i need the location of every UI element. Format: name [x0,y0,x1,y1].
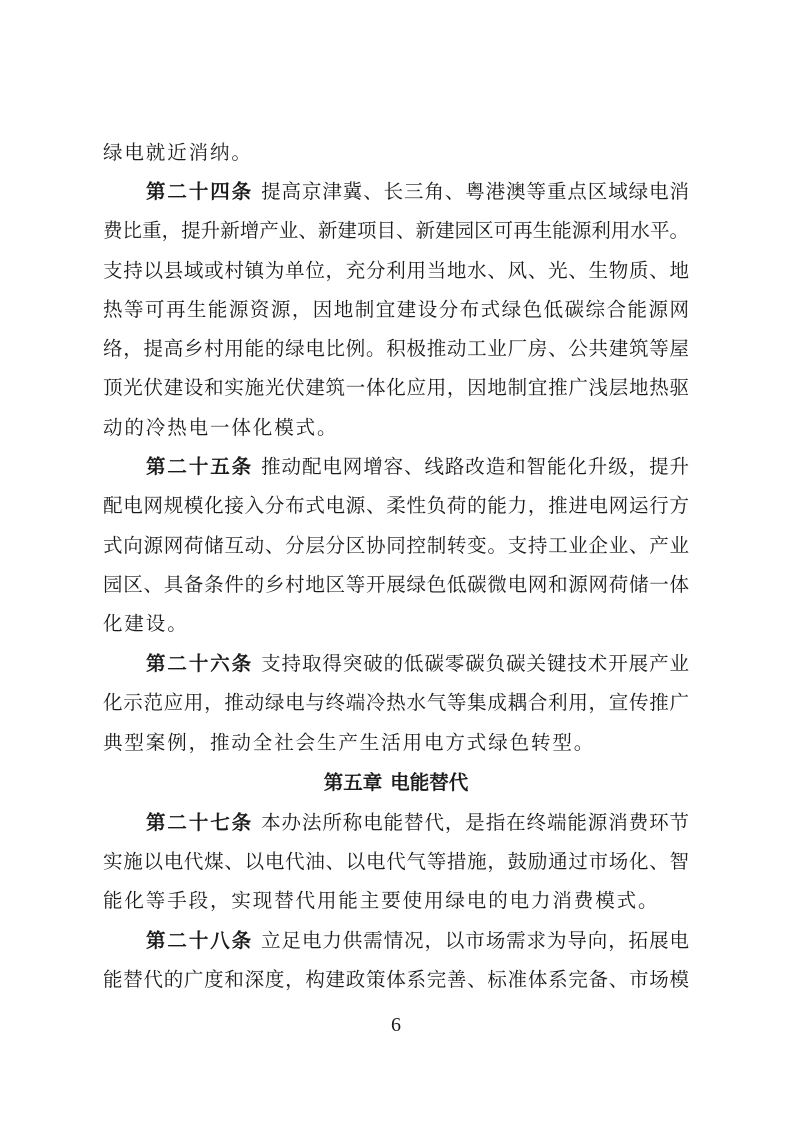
article-27-line-2: 实施以电代煤、以电代油、以电代气等措施，鼓励通过市场化、智 [103,847,689,877]
article-27-line-3: 能化等手段，实现替代用能主要使用绿电的电力消费模式。 [103,886,689,916]
chapter-title: 电能替代 [390,771,468,794]
article-24-line-7: 动的冷热电一体化模式。 [103,413,689,443]
article-label: 第二十八条 [146,929,253,952]
article-25-line-2: 配电网规模化接入分布式电源、柔性负荷的能力，推进电网运行方 [103,491,689,521]
document-page: 绿电就近消纳。 第二十四条提高京津冀、长三角、粤港澳等重点区域绿电消 费比重，提… [0,0,792,1127]
article-26-line-3: 典型案例，推动全社会生产生活用电方式绿色转型。 [103,728,689,758]
article-26-line-1: 第二十六条支持取得突破的低碳零碳负碳关键技术开展产业 [146,649,689,679]
article-label: 第二十七条 [146,811,253,834]
article-label: 第二十四条 [146,180,253,203]
article-24-line-6: 顶光伏建设和实施光伏建筑一体化应用，因地制宜推广浅层地热驱 [103,373,689,403]
article-25-line-5: 化建设。 [103,609,689,639]
article-25-line-4: 园区、具备条件的乡村地区等开展绿色低碳微电网和源网荷储一体 [103,570,689,600]
article-28-line-2: 能替代的广度和深度，构建政策体系完善、标准体系完备、市场模 [103,965,689,995]
chapter-heading: 第五章电能替代 [0,768,792,798]
article-24-line-2: 费比重，提升新增产业、新建项目、新建园区可再生能源利用水平。 [103,216,689,246]
article-24-line-3: 支持以县域或村镇为单位，充分利用当地水、风、光、生物质、地 [103,256,689,286]
article-24-line-5: 络，提高乡村用能的绿电比例。积极推动工业厂房、公共建筑等屋 [103,334,689,364]
article-26-line-2: 化示范应用，推动绿电与终端冷热水气等集成耦合利用，宣传推广 [103,688,689,718]
paragraph-continuation: 绿电就近消纳。 [103,138,689,168]
article-label: 第二十六条 [146,652,253,675]
article-24-line-4: 热等可再生能源资源，因地制宜建设分布式绿色低碳综合能源网 [103,295,689,325]
article-25-line-1: 第二十五条推动配电网增容、线路改造和智能化升级，提升 [146,452,689,482]
article-28-line-1: 第二十八条立足电力供需情况，以市场需求为导向，拓展电 [146,926,689,956]
article-27-line-1: 第二十七条本办法所称电能替代，是指在终端能源消费环节 [146,808,689,838]
article-label: 第二十五条 [146,455,253,478]
chapter-number: 第五章 [324,771,383,794]
article-24-line-1: 第二十四条提高京津冀、长三角、粤港澳等重点区域绿电消 [146,177,689,207]
article-25-line-3: 式向源网荷储互动、分层分区协同控制转变。支持工业企业、产业 [103,531,689,561]
page-number: 6 [0,1010,792,1040]
